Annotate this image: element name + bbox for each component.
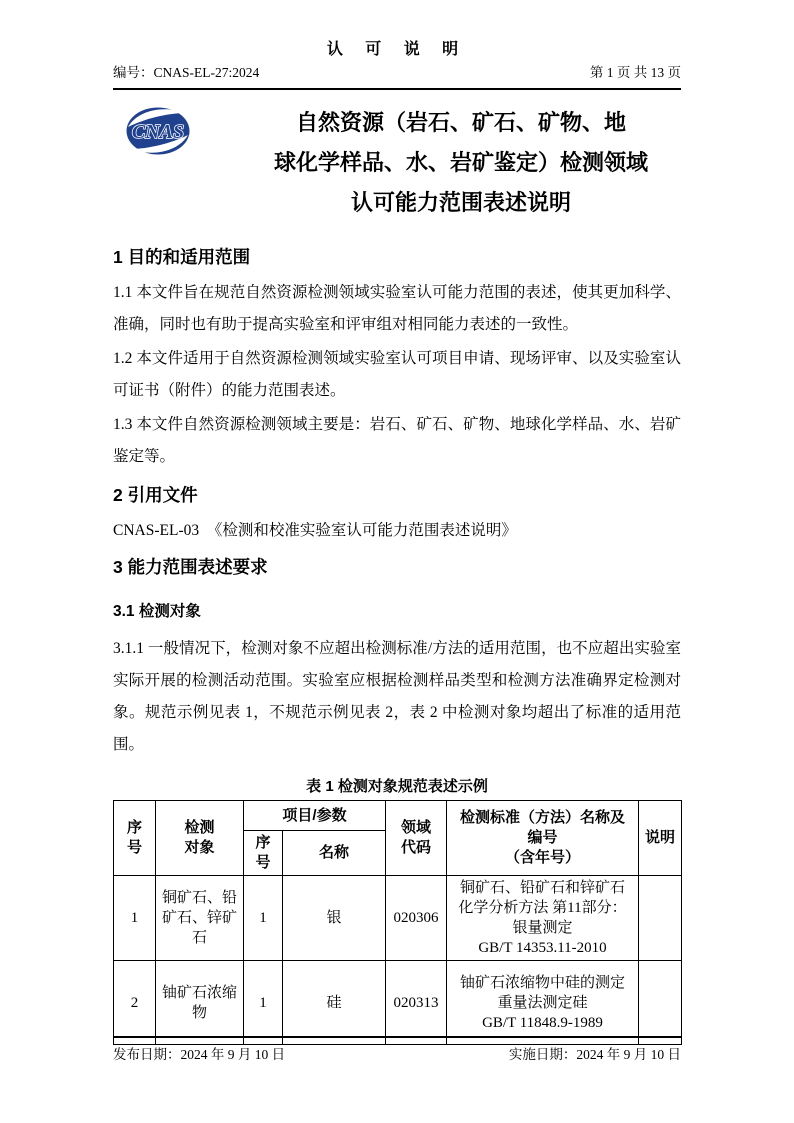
- paragraph-2-reference: CNAS-EL-03 《检测和校准实验室认可能力范围表述说明》: [113, 515, 681, 547]
- document-title-line-2: 球化学样品、水、岩矿鉴定）检测领域: [241, 143, 681, 183]
- paragraph-1-1: 1.1 本文件旨在规范自然资源检测领域实验室认可能力范围的表述，使其更加科学、准…: [113, 277, 681, 341]
- title-block: CNAS 自然资源（岩石、矿石、矿物、地 球化学样品、水、岩矿鉴定）检测领域 认…: [113, 103, 681, 223]
- table-header-row-1: 序号 检测 对象 项目/参数 领域 代码 检测标准（方法）名称及 编号 （含年号…: [114, 801, 682, 831]
- cell-param-name: 硅: [283, 961, 386, 1045]
- col-header-standard: 检测标准（方法）名称及 编号 （含年号）: [447, 801, 639, 876]
- cell-standard: 铀矿石浓缩物中硅的测定 重量法测定硅 GB/T 11848.9-1989: [447, 961, 639, 1045]
- table-row: 2 铀矿石浓缩物 1 硅 020313 铀矿石浓缩物中硅的测定 重量法测定硅 G…: [114, 961, 682, 1045]
- cell-note: [639, 961, 682, 1045]
- logo-zone: CNAS: [113, 103, 241, 223]
- table-1-title: 表 1 检测对象规范表述示例: [113, 777, 681, 797]
- footer-issue-date: 发布日期：2024 年 9 月 10 日: [113, 1046, 285, 1064]
- paragraph-1-2: 1.2 本文件适用于自然资源检测领域实验室认可项目申请、现场评审、以及实验室认可…: [113, 343, 681, 407]
- table-row: 1 铜矿石、铅矿石、锌矿石 1 银 020306 铜矿石、铅矿石和锌矿石化学分析…: [114, 876, 682, 961]
- section-3-heading: 3 能力范围表述要求: [113, 555, 681, 579]
- cell-param-seq: 1: [244, 876, 283, 961]
- section-1-heading: 1 目的和适用范围: [113, 245, 681, 269]
- paragraph-3-1-1: 3.1.1 一般情况下，检测对象不应超出检测标准/方法的适用范围，也不应超出实验…: [113, 633, 681, 761]
- document-title-line-3: 认可能力范围表述说明: [241, 183, 681, 223]
- doc-number: 编号：CNAS-EL-27:2024: [113, 63, 259, 83]
- running-header: 认 可 说 明 编号：CNAS-EL-27:2024 第 1 页 共 13 页: [113, 40, 681, 90]
- cell-note: [639, 876, 682, 961]
- cnas-logo-text: CNAS: [132, 121, 184, 143]
- document-title-line-1: 自然资源（岩石、矿石、矿物、地: [241, 103, 681, 143]
- cell-object: 铜矿石、铅矿石、锌矿石: [156, 876, 244, 961]
- col-header-param-name: 名称: [283, 831, 386, 876]
- cell-standard: 铜矿石、铅矿石和锌矿石化学分析方法 第11部分： 银量测定 GB/T 14353…: [447, 876, 639, 961]
- page-footer: 发布日期：2024 年 9 月 10 日 实施日期：2024 年 9 月 10 …: [113, 1036, 681, 1064]
- col-header-note: 说明: [639, 801, 682, 876]
- section-3-1-heading: 3.1 检测对象: [113, 601, 681, 623]
- col-header-param-seq: 序号: [244, 831, 283, 876]
- col-header-field-code: 领域 代码: [386, 801, 447, 876]
- section-2-heading: 2 引用文件: [113, 483, 681, 507]
- cell-param-seq: 1: [244, 961, 283, 1045]
- paragraph-1-3: 1.3 本文件自然资源检测领域主要是：岩石、矿石、矿物、地球化学样品、水、岩矿鉴…: [113, 409, 681, 473]
- cnas-logo-icon: CNAS: [125, 105, 191, 157]
- cell-object: 铀矿石浓缩物: [156, 961, 244, 1045]
- page-number: 第 1 页 共 13 页: [590, 63, 681, 83]
- col-header-seq: 序号: [114, 801, 156, 876]
- col-header-param-group: 项目/参数: [244, 801, 386, 831]
- document-title: 自然资源（岩石、矿石、矿物、地 球化学样品、水、岩矿鉴定）检测领域 认可能力范围…: [241, 103, 681, 223]
- table-1: 序号 检测 对象 项目/参数 领域 代码 检测标准（方法）名称及 编号 （含年号…: [113, 800, 682, 1045]
- header-meta-row: 编号：CNAS-EL-27:2024 第 1 页 共 13 页: [113, 63, 681, 83]
- footer-implement-date: 实施日期：2024 年 9 月 10 日: [509, 1046, 681, 1064]
- cell-field-code: 020306: [386, 876, 447, 961]
- col-header-object: 检测 对象: [156, 801, 244, 876]
- cell-param-name: 银: [283, 876, 386, 961]
- doc-type-title: 认 可 说 明: [113, 40, 681, 60]
- cell-seq: 2: [114, 961, 156, 1045]
- document-page: 认 可 说 明 编号：CNAS-EL-27:2024 第 1 页 共 13 页 …: [0, 0, 794, 1123]
- cell-field-code: 020313: [386, 961, 447, 1045]
- cell-seq: 1: [114, 876, 156, 961]
